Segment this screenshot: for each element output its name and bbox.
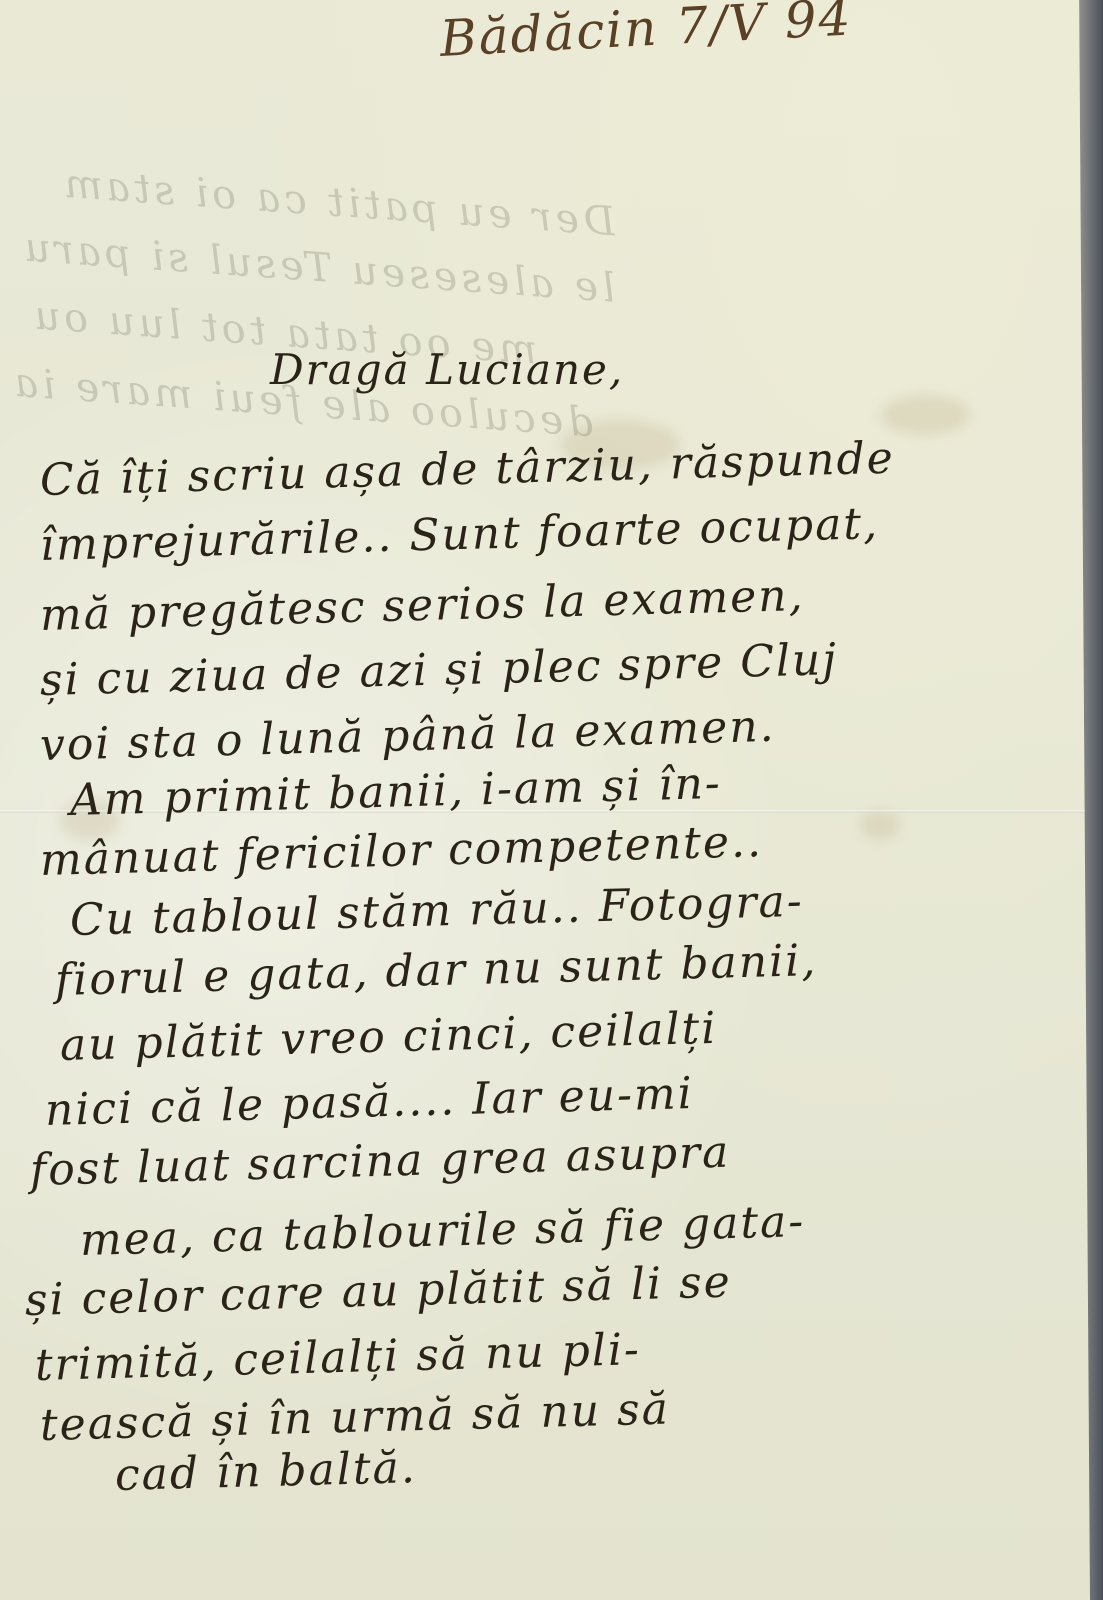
letter-line: mea, ca tablourile să fie gata-: [79, 1196, 805, 1266]
letter-line: fost luat sarcina grea asupra: [29, 1127, 731, 1196]
letter-line: împrejurările.. Sunt foarte ocupat,: [39, 498, 879, 571]
letter-line: fiorul e gata, dar nu sunt banii,: [54, 935, 818, 1006]
ink-stain: [860, 810, 900, 840]
letter-line: și celor care au plătit să li se: [24, 1257, 732, 1326]
letter-line: cad în baltă.: [114, 1442, 417, 1501]
letter-line: trimită, ceilalți să nu pli-: [34, 1324, 641, 1391]
letter-paper: Der eu patit ca oi stam le aleseseu Tesu…: [0, 0, 1090, 1600]
letter-line: nici că le pasă.... Iar eu-mi: [44, 1068, 694, 1136]
letter-line: au plătit vreo cinci, ceilalți: [59, 1003, 718, 1071]
letter-date: Bădăcin 7/V 94: [438, 0, 853, 68]
letter-greeting: Dragă Luciane,: [270, 345, 624, 394]
letter-line: și cu ziua de azi și plec spre Cluj: [39, 634, 838, 706]
letter-line: Cu tabloul stăm rău.. Fotogra-: [69, 876, 804, 946]
ink-stain: [880, 395, 970, 435]
letter-line: mă pregătesc serios la examen,: [39, 570, 805, 641]
photo-stage: Der eu patit ca oi stam le aleseseu Tesu…: [0, 0, 1103, 1600]
letter-line: mânuat fericilor competente..: [39, 816, 763, 886]
letter-line: Am primit banii, i-am și în-: [69, 758, 722, 826]
letter-line: Că îți scriu așa de târziu, răspunde: [39, 433, 895, 506]
letter-line: tească și în urmă să nu să: [39, 1384, 670, 1451]
